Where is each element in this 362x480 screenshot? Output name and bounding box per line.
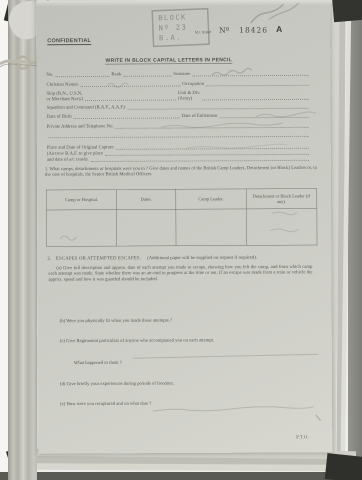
field-row-ship-unit: Ship (R.N., U.S.N. or Merchant Navy) Uni… bbox=[46, 86, 310, 101]
empty-cell bbox=[246, 209, 316, 245]
dotted-rule bbox=[192, 74, 308, 77]
empty-cell bbox=[176, 209, 246, 245]
dotted-rule bbox=[220, 116, 309, 118]
column-header-camp-or-hospital: Camp or Hospital. bbox=[46, 190, 116, 210]
field-row-birth-enlistment: Date of Birth Date of Enlistment bbox=[47, 110, 311, 119]
dotted-rule bbox=[85, 99, 176, 101]
questionnaire-form-page: BLOCK Nº 23 B.A. M.I. 9/JAP Nº 18426 A C… bbox=[36, 0, 332, 454]
screenshot-root: BLOCK Nº 23 B.A. M.I. 9/JAP Nº 18426 A C… bbox=[0, 0, 362, 480]
question-2b: (b) Were you physically fit when you mad… bbox=[60, 318, 172, 324]
field-label-date-of-enlistment: Date of Enlistment bbox=[182, 113, 218, 119]
column-header-camp-leader: Camp Leader. bbox=[176, 189, 246, 209]
block-number-stamp: BLOCK Nº 23 B.A. bbox=[151, 8, 209, 47]
field-label-private-address: Private Address and Telephone No. bbox=[47, 124, 114, 130]
department-reference: M.I. 9/JAP bbox=[195, 31, 211, 35]
question-2-heading: ESCAPES OR ATTEMPTED ESCAPES. bbox=[56, 256, 141, 262]
dotted-rule bbox=[49, 135, 309, 138]
page-top-highlight bbox=[36, 0, 330, 7]
question-2d: (d) Give briefly your experiences during… bbox=[60, 381, 174, 387]
empty-cell bbox=[117, 210, 177, 246]
dotted-rule bbox=[55, 75, 109, 77]
bundle-bound-edge bbox=[8, 0, 37, 480]
question-2e: (e) How were you recaptured and on what … bbox=[60, 401, 151, 407]
capture-row-3: and date of a/c crash). bbox=[47, 155, 311, 162]
form-title: WRITE IN BLOCK CAPITAL LETTERS IN PENCIL bbox=[71, 55, 266, 65]
field-label-rank: Rank bbox=[111, 72, 121, 78]
photo-scale-wrapper: BLOCK Nº 23 B.A. M.I. 9/JAP Nº 18426 A C… bbox=[0, 0, 362, 480]
stacked-page-bottom-edge bbox=[19, 463, 350, 471]
field-label-date-of-birth: Date of Birth bbox=[47, 114, 72, 120]
serial-suffix: A bbox=[276, 24, 282, 34]
classification-marking: CONFIDENTIAL bbox=[47, 37, 91, 45]
field-row-address-continuation bbox=[47, 133, 311, 138]
dotted-rule bbox=[123, 75, 171, 77]
dotted-rule bbox=[91, 159, 309, 162]
page-turn-over-note: P.T.O. bbox=[296, 434, 309, 439]
capture-label-line3: and date of a/c crash). bbox=[47, 157, 89, 163]
camps-table-empty-row bbox=[47, 209, 317, 246]
field-label-ship: Ship (R.N., U.S.N. or Merchant Navy) bbox=[46, 91, 82, 102]
question-2c-followup: What happened to them ? bbox=[74, 360, 122, 366]
field-row-address: Private Address and Telephone No. bbox=[47, 120, 311, 129]
field-label-squadron: Squadron and Command (R.A.F., A.A.F.) bbox=[47, 105, 126, 111]
field-label-ship-line2: or Merchant Navy) bbox=[47, 96, 83, 101]
background-corner-top-right bbox=[332, 0, 362, 22]
serial-no-label: Nº bbox=[219, 26, 229, 35]
dotted-rule bbox=[127, 107, 308, 110]
question-2c: (c) Give Regimental particulars of anyon… bbox=[60, 338, 214, 345]
background-corner-bottom-right bbox=[325, 453, 362, 480]
question-2-heading-note: (Additional paper will be supplied on re… bbox=[147, 255, 257, 261]
field-row-squadron: Squadron and Command (R.A.F., A.A.F.) bbox=[47, 101, 311, 110]
camps-table-header-row: Camp or Hospital. Dates. Camp Leader. De… bbox=[46, 189, 316, 210]
serial-number: 18426 bbox=[239, 26, 268, 35]
question-2-heading-row: 2. ESCAPES OR ATTEMPTED ESCAPES. (Additi… bbox=[47, 253, 317, 261]
form-title-text: WRITE IN BLOCK CAPITAL LETTERS IN PENCIL bbox=[106, 57, 233, 64]
background-bottom bbox=[0, 472, 362, 480]
empty-cell bbox=[47, 210, 117, 246]
column-header-dates: Dates. bbox=[117, 190, 176, 210]
field-label-unit: Unit & Div. (Army) bbox=[178, 90, 201, 101]
photo-left-margin bbox=[0, 0, 8, 480]
dotted-rule bbox=[116, 126, 309, 129]
camps-table: Camp or Hospital. Dates. Camp Leader. De… bbox=[46, 188, 317, 246]
field-label-no: No. bbox=[46, 72, 53, 78]
question-2-number: 2. bbox=[47, 256, 51, 262]
field-row-no-rank-surname: No. Rank Surname bbox=[46, 68, 310, 77]
column-header-detachment-leader: Detachment or Block Leader (if any). bbox=[246, 189, 316, 209]
field-label-unit-line2: (Army) bbox=[178, 96, 192, 101]
archive-photo: BLOCK Nº 23 B.A. M.I. 9/JAP Nº 18426 A C… bbox=[0, 0, 362, 480]
dotted-rule bbox=[74, 117, 180, 120]
question-1: 1. What camps, detachments or hospitals … bbox=[45, 165, 319, 178]
dotted-rule bbox=[202, 98, 308, 101]
field-label-surname: Surname bbox=[173, 71, 190, 77]
question-2a: (a) Give full description and approx. da… bbox=[48, 264, 312, 282]
